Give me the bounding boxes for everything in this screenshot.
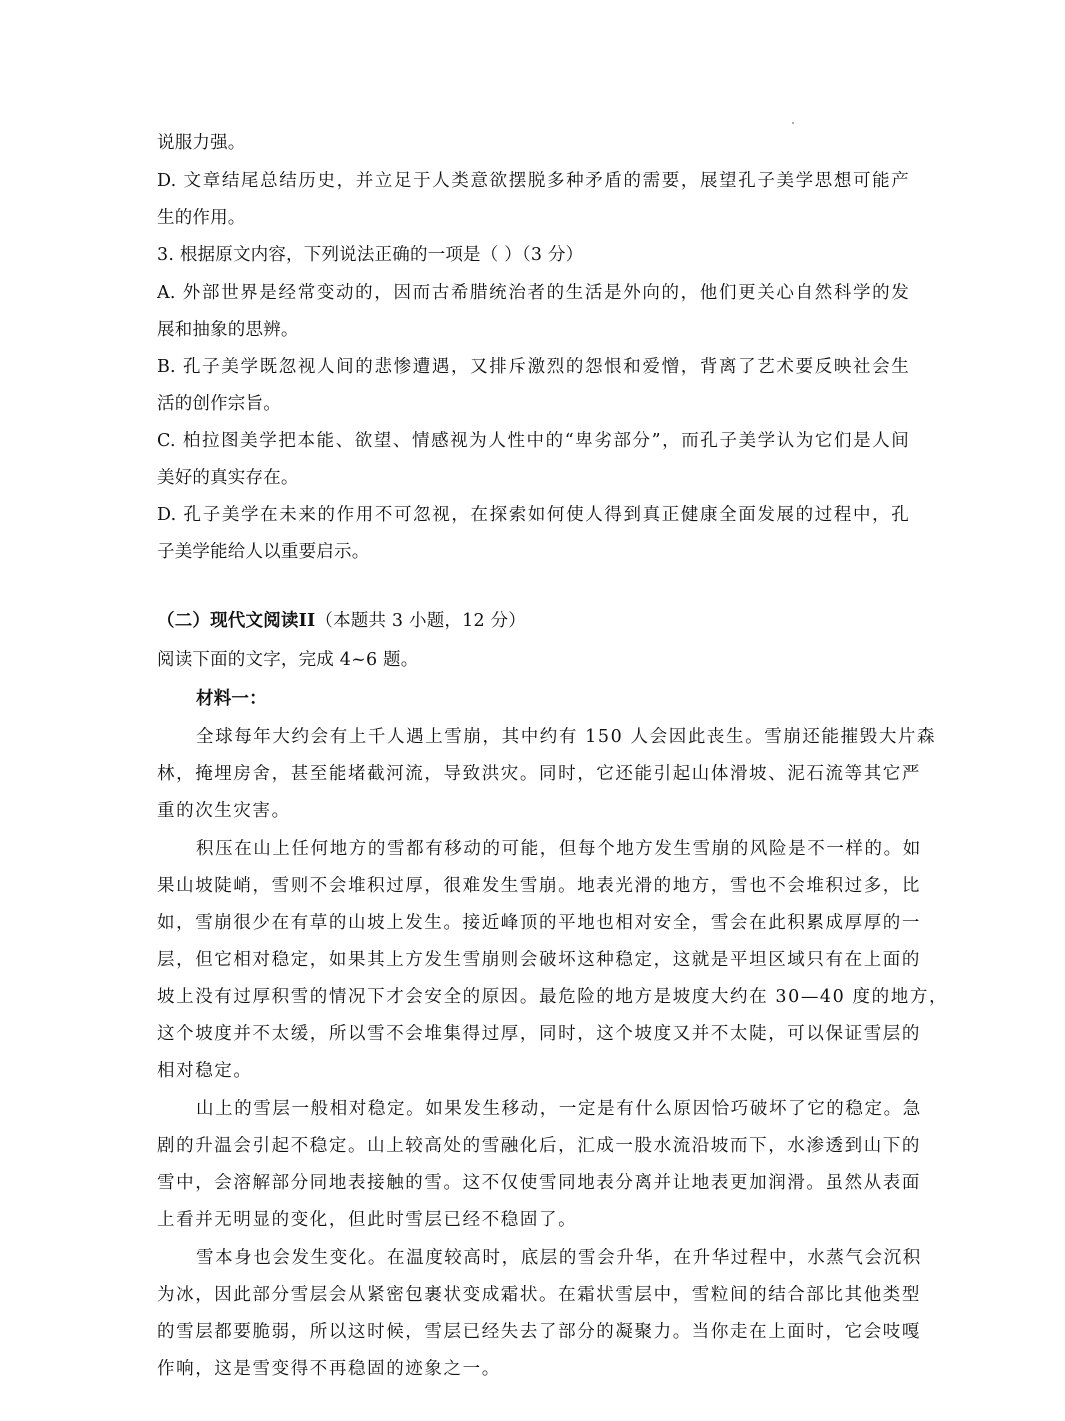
q3-option-b-line2: 活的创作宗旨。 xyxy=(157,392,281,416)
paragraph-3-line-3: 雪中，会溶解部分同地表接触的雪。这不仅使雪同地表分离并让地表更加润滑。虽然从表面 xyxy=(157,1171,909,1195)
scan-dot xyxy=(792,122,794,124)
section-heading-title: （二）现代文阅读II xyxy=(157,611,315,631)
paragraph-2-line-7: 相对稳定。 xyxy=(157,1059,253,1083)
q3-option-b-line1: B. 孔子美学既忽视人间的悲惨遭遇，又排斥激烈的怨恨和爱憎，背离了艺术要反映社会… xyxy=(157,355,909,379)
paragraph-1-line-2: 林，掩埋房舍，甚至能堵截河流，导致洪灾。同时，它还能引起山体滑坡、泥石流等其它严 xyxy=(157,762,909,786)
q3-option-d-line1: D. 孔子美学在未来的作用不可忽视，在探索如何使人得到真正健康全面发展的过程中，… xyxy=(157,503,909,527)
paragraph-1-line-3: 重的次生灾害。 xyxy=(157,799,291,823)
paragraph-2-line-2: 果山坡陡峭，雪则不会堆积过厚，很难发生雪崩。地表光滑的地方，雪也不会堆积过多，比 xyxy=(157,874,909,898)
paragraph-3-line-2: 剧的升温会引起不稳定。山上较高处的雪融化后，汇成一股水流沿坡而下，水渗透到山下的 xyxy=(157,1134,909,1158)
q3-option-d-line2: 子美学能给人以重要启示。 xyxy=(157,540,369,564)
paragraph-1-line-1: 全球每年大约会有上千人遇上雪崩，其中约有 150 人会因此丧生。雪崩还能摧毁大片… xyxy=(196,725,909,749)
paragraph-2-line-1: 积压在山上任何地方的雪都有移动的可能，但每个地方发生雪崩的风险是不一样的。如 xyxy=(196,837,909,861)
document-page: 说服力强。 D. 文章结尾总结历史，并立足于人类意欲摆脱多种矛盾的需要，展望孔子… xyxy=(0,0,1065,1421)
question-3-stem: 3. 根据原文内容，下列说法正确的一项是（ ）（3 分） xyxy=(157,243,583,267)
q3-option-c-line2: 美好的真实存在。 xyxy=(157,466,299,490)
q3-option-a-line2: 展和抽象的思辨。 xyxy=(157,318,299,342)
q3-option-c-line1: C. 柏拉图美学把本能、欲望、情感视为人性中的“卑劣部分”，而孔子美学认为它们是… xyxy=(157,429,909,453)
paragraph-2-line-5: 坡上没有过厚积雪的情况下才会安全的原因。最危险的地方是坡度大约在 30—40 度… xyxy=(157,985,909,1009)
paragraph-2-line-4: 层，但它相对稳定，如果其上方发生雪崩则会破坏这种稳定，这就是平坦区域只有在上面的 xyxy=(157,948,909,972)
q2-option-d-line1: D. 文章结尾总结历史，并立足于人类意欲摆脱多种矛盾的需要，展望孔子美学思想可能… xyxy=(157,169,909,193)
section-heading-note: （本题共 3 小题，12 分） xyxy=(315,611,526,631)
material-label: 材料一： xyxy=(196,687,267,711)
section-heading: （二）现代文阅读II（本题共 3 小题，12 分） xyxy=(157,609,526,633)
q3-option-a-line1: A. 外部世界是经常变动的，因而古希腊统治者的生活是外向的，他们更关心自然科学的… xyxy=(157,281,909,305)
paragraph-4-line-1: 雪本身也会发生变化。在温度较高时，底层的雪会升华，在升华过程中，水蒸气会沉积 xyxy=(196,1246,909,1270)
q2-option-d-line2: 生的作用。 xyxy=(157,206,246,230)
paragraph-3-line-1: 山上的雪层一般相对稳定。如果发生移动，一定是有什么原因恰巧破坏了它的稳定。急 xyxy=(196,1097,909,1121)
paragraph-4-line-4: 作响，这是雪变得不再稳固的迹象之一。 xyxy=(157,1357,501,1381)
paragraph-2-line-6: 这个坡度并不太缓，所以雪不会堆集得过厚，同时，这个坡度又并不太陡，可以保证雪层的 xyxy=(157,1022,909,1046)
paragraph-4-line-2: 为冰，因此部分雪层会从紧密包裹状变成霜状。在霜状雪层中，雪粒间的结合部比其他类型 xyxy=(157,1283,909,1307)
section-instruction: 阅读下面的文字，完成 4~6 题。 xyxy=(157,648,418,672)
q2-option-c-tail: 说服力强。 xyxy=(157,131,246,155)
paragraph-3-line-4: 上看并无明显的变化，但此时雪层已经不稳固了。 xyxy=(157,1208,577,1232)
paragraph-4-line-3: 的雪层都要脆弱，所以这时候，雪层已经失去了部分的凝聚力。当你走在上面时，它会吱嘎 xyxy=(157,1320,909,1344)
paragraph-2-line-3: 如，雪崩很少在有草的山坡上发生。接近峰顶的平地也相对安全，雪会在此积累成厚厚的一 xyxy=(157,911,909,935)
